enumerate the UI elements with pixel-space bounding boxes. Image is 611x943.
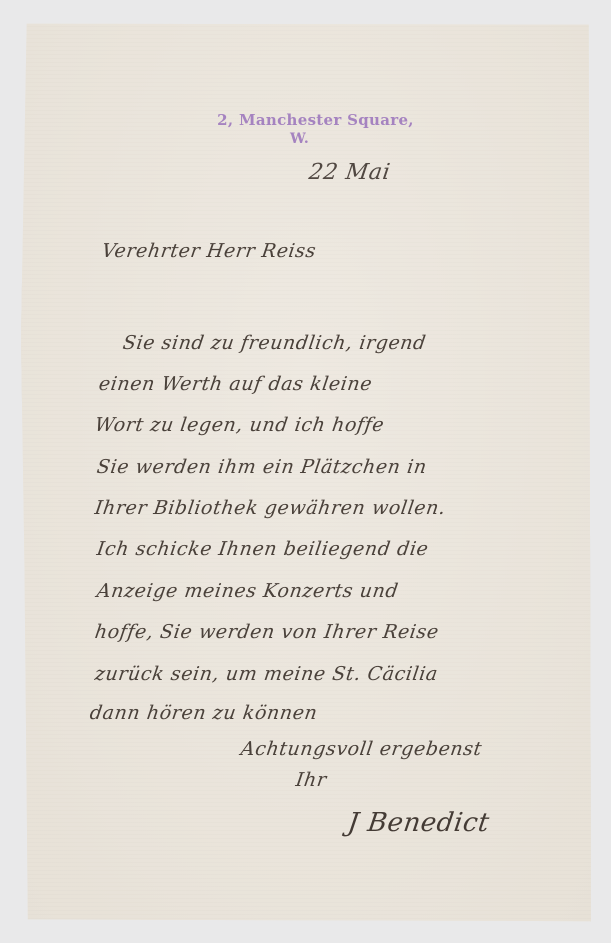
- letterhead-address: 2, Manchester Square,: [20, 111, 611, 129]
- body-line: zurück sein, um meine St. Cäcilia: [93, 663, 439, 685]
- closing-phrase: Achtungsvoll ergebenst: [239, 738, 483, 760]
- signature: J Benedict: [346, 808, 491, 838]
- body-line: dann hören zu können: [88, 702, 319, 724]
- body-line: Ihrer Bibliothek gewähren wollen.: [93, 497, 447, 519]
- body-line: Sie sind zu freundlich, irgend: [121, 332, 427, 354]
- letterhead-district: W.: [0, 131, 611, 147]
- salutation: Verehrter Herr Reiss: [100, 240, 317, 262]
- closing-pronoun: Ihr: [294, 769, 328, 791]
- letter-date: 22 Mai: [307, 160, 392, 185]
- body-line: Wort zu legen, und ich hoffe: [93, 414, 385, 436]
- body-line: Anzeige meines Konzerts und: [95, 580, 399, 602]
- body-line: einen Werth auf das kleine: [97, 373, 373, 395]
- body-line: Sie werden ihm ein Plätzchen in: [95, 456, 428, 478]
- body-line: hoffe, Sie werden von Ihrer Reise: [93, 621, 440, 643]
- body-line: Ich schicke Ihnen beiliegend die: [95, 538, 430, 560]
